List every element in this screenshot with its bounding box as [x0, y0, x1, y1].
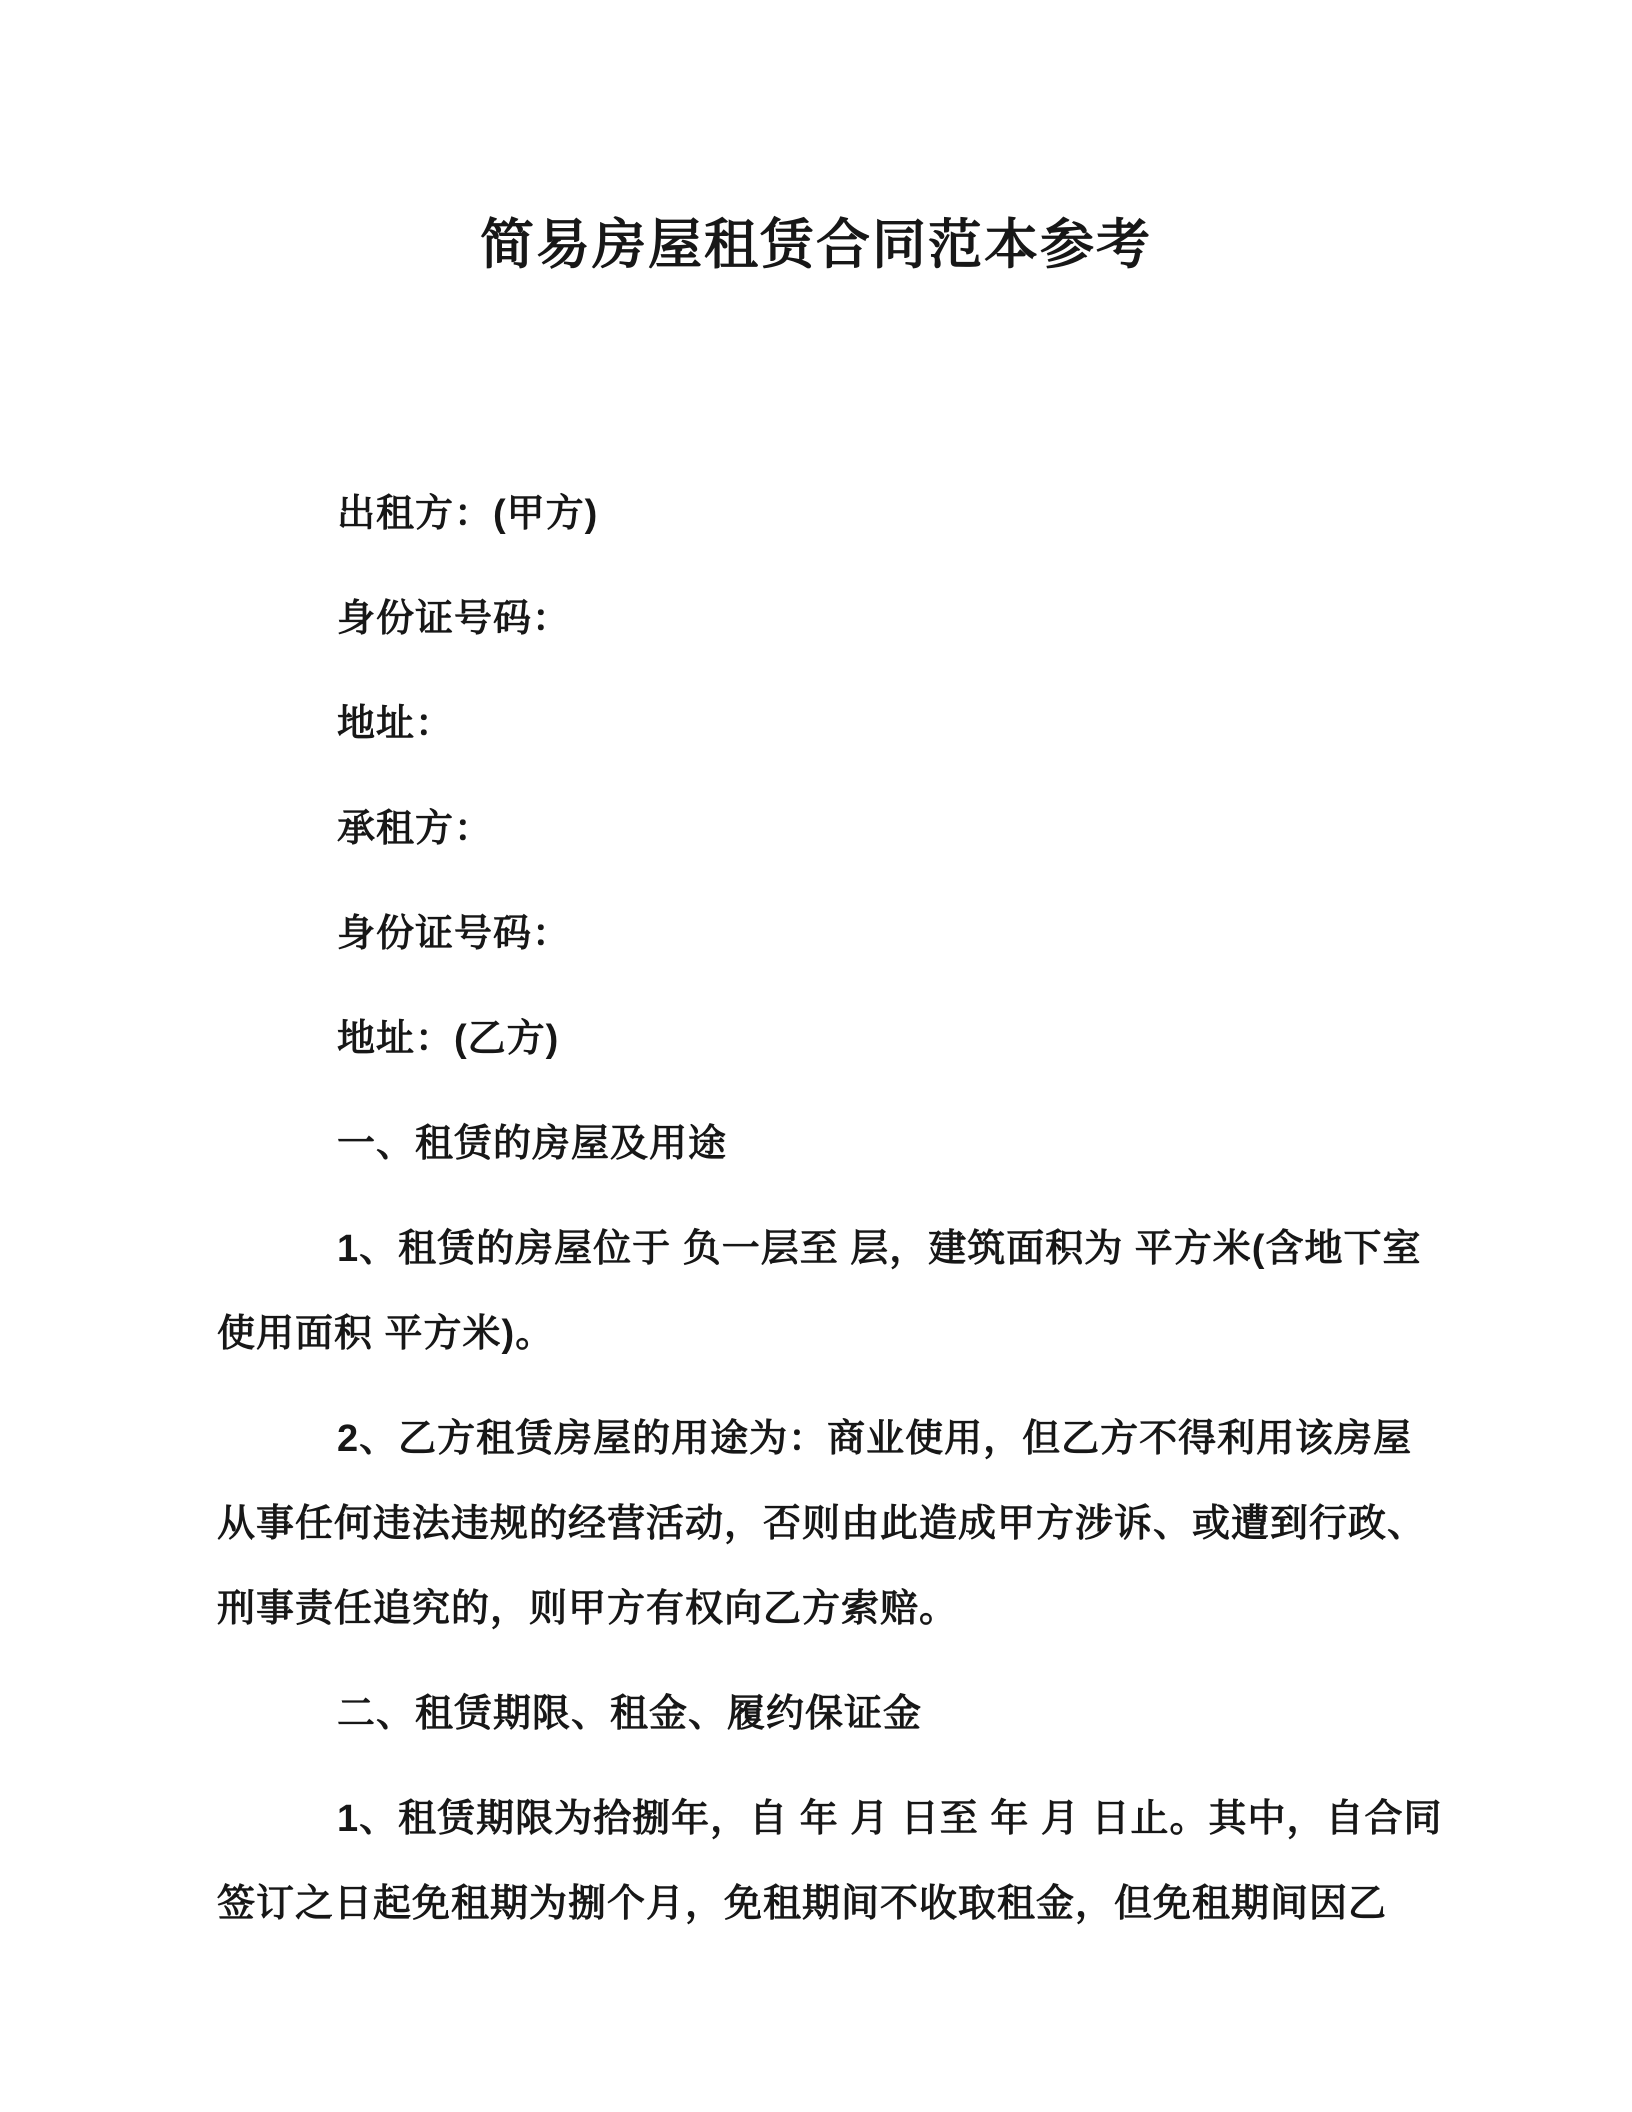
- paragraph: 一、租赁的房屋及用途: [217, 1102, 1427, 1187]
- document-title: 简易房屋租赁合同范本参考: [0, 0, 1632, 278]
- paragraph: 1、租赁的房屋位于 负一层至 层，建筑面积为 平方米(含地下室使用面积 平方米)…: [217, 1207, 1427, 1377]
- paragraph: 地址：: [217, 682, 1427, 767]
- paragraph-line: 一、租赁的房屋及用途: [217, 1102, 1427, 1187]
- document-body: 出租方：(甲方)身份证号码：地址：承租方：身份证号码：地址：(乙方)一、租赁的房…: [217, 278, 1427, 1947]
- paragraph-line: 承租方：: [217, 787, 1427, 872]
- paragraph: 身份证号码：: [217, 892, 1427, 977]
- paragraph-line: 地址：(乙方): [217, 997, 1427, 1082]
- paragraph-line: 从事任何违法违规的经营活动，否则由此造成甲方涉诉、或遭到行政、: [217, 1482, 1427, 1567]
- paragraph: 地址：(乙方): [217, 997, 1427, 1082]
- paragraph: 身份证号码：: [217, 577, 1427, 662]
- paragraph-line: 出租方：(甲方): [217, 472, 1427, 557]
- paragraph-line: 二、租赁期限、租金、履约保证金: [217, 1672, 1427, 1757]
- paragraph-line: 刑事责任追究的，则甲方有权向乙方索赔。: [217, 1567, 1427, 1652]
- paragraph: 二、租赁期限、租金、履约保证金: [217, 1672, 1427, 1757]
- paragraph-line: 身份证号码：: [217, 892, 1427, 977]
- paragraph-line: 使用面积 平方米)。: [217, 1292, 1427, 1377]
- paragraph-line: 2、乙方租赁房屋的用途为：商业使用，但乙方不得利用该房屋: [217, 1397, 1427, 1482]
- paragraph-line: 1、租赁的房屋位于 负一层至 层，建筑面积为 平方米(含地下室: [217, 1207, 1427, 1292]
- paragraph: 1、租赁期限为拾捌年，自 年 月 日至 年 月 日止。其中，自合同签订之日起免租…: [217, 1777, 1427, 1947]
- paragraph: 2、乙方租赁房屋的用途为：商业使用，但乙方不得利用该房屋从事任何违法违规的经营活…: [217, 1397, 1427, 1652]
- paragraph-line: 1、租赁期限为拾捌年，自 年 月 日至 年 月 日止。其中，自合同: [217, 1777, 1427, 1862]
- paragraph-line: 地址：: [217, 682, 1427, 767]
- paragraph-line: 身份证号码：: [217, 577, 1427, 662]
- document-page: 简易房屋租赁合同范本参考 出租方：(甲方)身份证号码：地址：承租方：身份证号码：…: [0, 0, 1632, 2112]
- paragraph: 出租方：(甲方): [217, 472, 1427, 557]
- paragraph-line: 签订之日起免租期为捌个月，免租期间不收取租金，但免租期间因乙: [217, 1862, 1427, 1947]
- paragraph: 承租方：: [217, 787, 1427, 872]
